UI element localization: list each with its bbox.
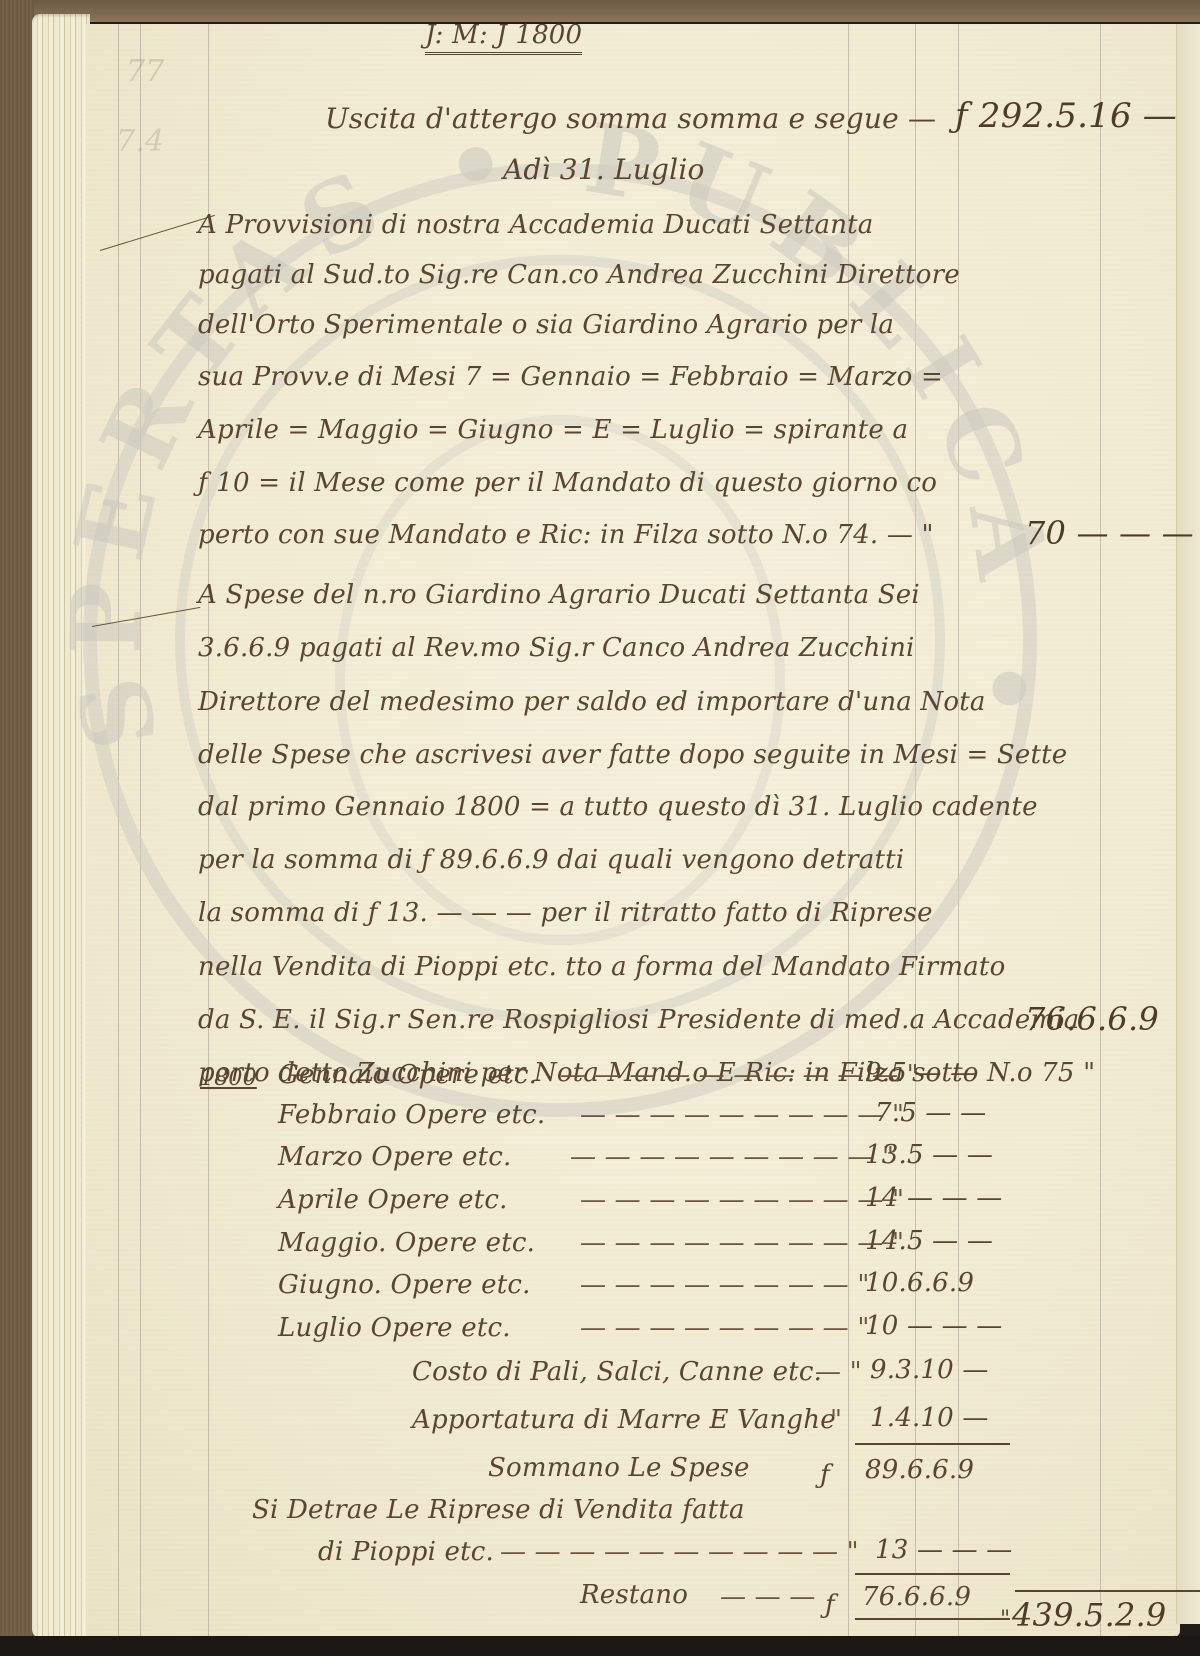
breakdown-leader: — — — — — — — — — ": [580, 1185, 904, 1215]
table-surface: [0, 1636, 1200, 1656]
breakdown-label: Luglio Opere etc.: [278, 1313, 511, 1343]
column-rule: [1100, 24, 1101, 1636]
entry-1-line: ƒ 10 = il Mese come per il Mandato di qu…: [198, 468, 937, 498]
breakdown-label: Giugno. Opere etc.: [278, 1270, 531, 1300]
margin-rule: [118, 24, 119, 1636]
breakdown-value: 10 — — —: [865, 1311, 1002, 1341]
breakdown-value: 10.6.6.9: [865, 1268, 974, 1298]
book-cover-spine: [0, 0, 34, 1640]
breakdown-label: Marzo Opere etc.: [278, 1142, 511, 1172]
breakdown-value: 7.5 — —: [875, 1098, 986, 1128]
breakdown-value: 9.5 — —: [865, 1058, 976, 1088]
subtotal-label: Sommano Le Spese: [488, 1453, 750, 1483]
deduction-leader: — — — — — — — — — — ": [500, 1537, 859, 1567]
entry-2-line: nella Vendita di Pioppi etc. tto a forma…: [198, 952, 1005, 982]
entry-2-line: Direttore del medesimo per saldo ed impo…: [198, 687, 986, 717]
entry-2-amount: 76.6.6.9: [1025, 1000, 1159, 1038]
entry-2-line: delle Spese che ascrivesi aver fatte dop…: [198, 740, 1067, 770]
deduction-label: di Pioppi etc.: [318, 1537, 494, 1567]
adjacent-page-edge: [1176, 24, 1200, 1624]
breakdown-label: Costo di Pali, Salci, Canne etc.: [412, 1357, 822, 1387]
book-cover-top: [0, 0, 1200, 22]
deduction-value: 13 — — —: [875, 1535, 1012, 1565]
breakdown-leader: — — — — — — — — ": [580, 1270, 869, 1300]
entry-2-line: per la somma di ƒ 89.6.6.9 dai quali ven…: [198, 845, 904, 875]
page-edges-stack: [32, 14, 90, 1639]
entry-1-line: pagati al Sud.to Sig.re Can.co Andrea Zu…: [198, 260, 960, 290]
entry-1-line: sua Provv.e di Mesi 7 = Gennaio = Febbra…: [198, 362, 943, 392]
entry-1-line: dell'Orto Sperimentale o sia Giardino Ag…: [198, 310, 894, 340]
subtotal-value: 89.6.6.9: [865, 1455, 974, 1485]
entry-1-line: Aprile = Maggio = Giugno = E = Luglio = …: [198, 415, 908, 445]
entry-1-line: perto con sue Mandato e Ric: in Filza so…: [198, 520, 934, 550]
bleed-through-ghost: 77: [126, 54, 165, 89]
breakdown-label: Maggio. Opere etc.: [278, 1228, 535, 1258]
breakdown-value: 1.4.10 —: [870, 1403, 989, 1433]
breakdown-leader: — — — — — — — — ": [580, 1313, 869, 1343]
breakdown-label: Febbraio Opere etc.: [278, 1100, 545, 1130]
breakdown-leader: — ": [815, 1357, 862, 1387]
breakdown-leader: — — — — — — — — — ": [580, 1228, 904, 1258]
carryover-amount: ƒ 292.5.16 —: [955, 96, 1177, 136]
breakdown-leader: — — — — — — — — — ": [580, 1100, 904, 1130]
entry-date: Adì 31. Luglio: [503, 153, 705, 186]
subtotal-rule: [855, 1443, 1010, 1445]
entry-2-line: dal primo Gennaio 1800 = a tutto questo …: [198, 792, 1038, 822]
remainder-underline: [855, 1618, 1010, 1620]
scanned-ledger: 77 7.4 SPERTAS • PUBLICA • INGENDO J: M:…: [0, 0, 1200, 1656]
entry-1-amount: 70 — — —: [1025, 514, 1194, 552]
breakdown-label: Aprile Opere etc.: [278, 1185, 508, 1215]
breakdown-value: 14 — — —: [865, 1183, 1002, 1213]
breakdown-year: 1800: [200, 1066, 257, 1091]
subtotal-marker: ƒ: [820, 1460, 830, 1490]
deduction-label: Si Detrae Le Riprese di Vendita fatta: [252, 1495, 745, 1525]
header-motto: J: M: J 1800: [425, 20, 582, 55]
entry-2-line: 3.6.6.9 pagati al Rev.mo Sig.r Canco And…: [198, 633, 915, 663]
remainder-label: Restano: [580, 1580, 688, 1610]
page-total-amount: 439.5.2.9: [1012, 1596, 1166, 1634]
entry-1-line: A Provvisioni di nostra Accademia Ducati…: [198, 210, 874, 240]
page-total-rule: [1015, 1590, 1200, 1592]
carryover-text: Uscita d'attergo somma somma e segue —: [325, 102, 936, 135]
remainder-marker: ƒ: [825, 1590, 835, 1620]
breakdown-leader: — — — — — — — — — ": [570, 1142, 894, 1172]
breakdown-label: Apportatura di Marre E Vanghe: [412, 1405, 836, 1435]
breakdown-leader: ": [830, 1405, 842, 1435]
entry-2-line: da S. E. il Sig.r Sen.re Rospigliosi Pre…: [198, 1005, 1080, 1035]
remainder-rule: [855, 1573, 1010, 1575]
entry-2-line: A Spese del n.ro Giardino Agrario Ducati…: [198, 580, 920, 610]
margin-rule: [140, 24, 141, 1636]
breakdown-value: 9.3.10 —: [870, 1355, 989, 1385]
page-total-marker: ": [1000, 1607, 1010, 1632]
breakdown-label: Gennaio Opere etc.: [278, 1060, 537, 1090]
breakdown-value: 14.5 — —: [865, 1226, 993, 1256]
remainder-leader: — — —: [720, 1582, 816, 1612]
entry-2-line: la somma di ƒ 13. — — — per il ritratto …: [198, 898, 933, 928]
breakdown-value: 13.5 — —: [865, 1140, 993, 1170]
remainder-value: 76.6.6.9: [862, 1582, 971, 1612]
